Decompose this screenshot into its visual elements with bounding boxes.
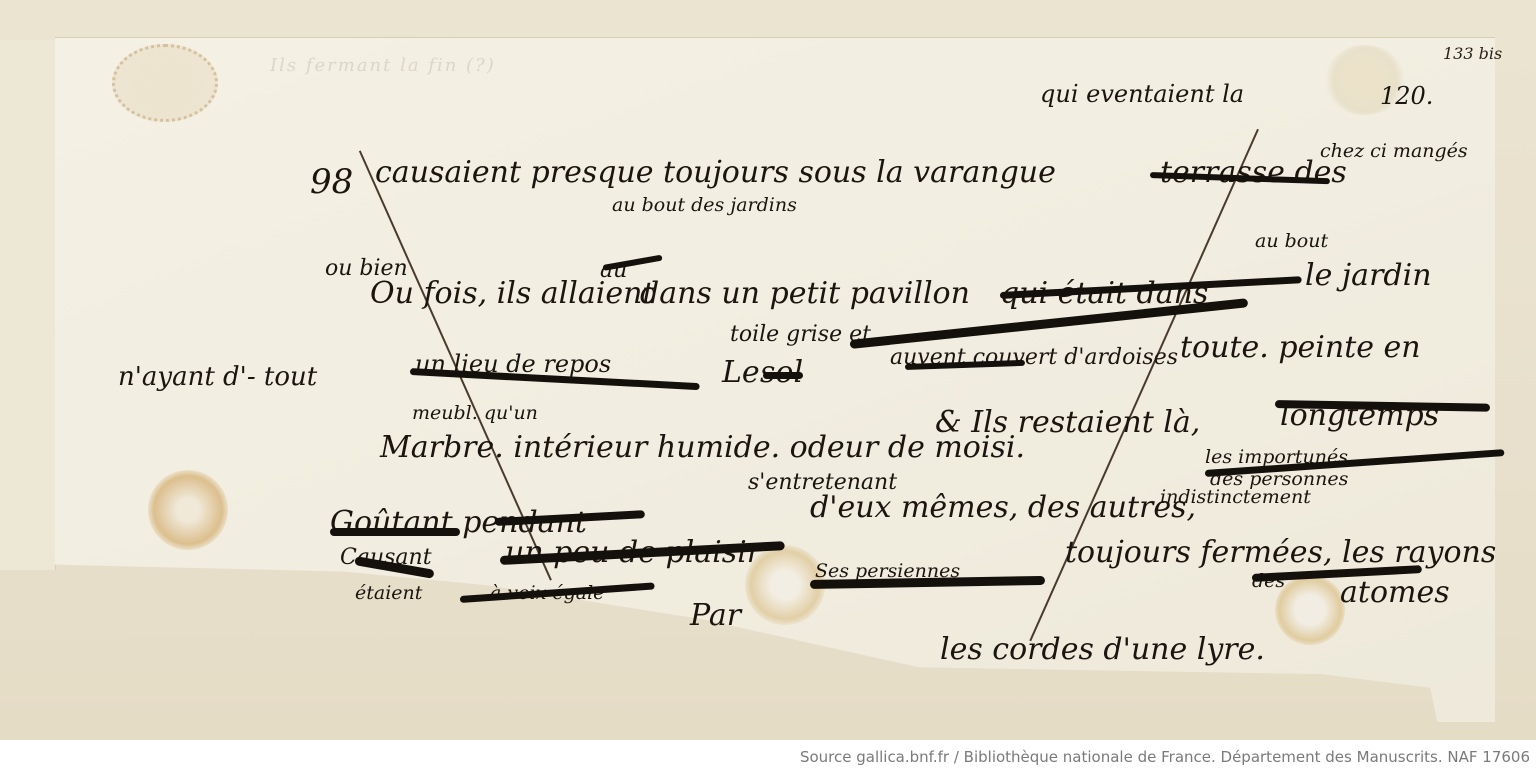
manuscript-line: causaient presque toujours sous la varan… <box>375 155 1056 190</box>
interlinear-text: qui eventaient la <box>1040 80 1244 108</box>
manuscript-line: Par <box>690 598 741 633</box>
manuscript-line: le jardin <box>1305 258 1432 293</box>
manuscript-viewer: Ils fermant la fin (?) 133 bis qui event… <box>0 0 1536 740</box>
manuscript-line: Le <box>722 355 760 390</box>
stain-mark <box>1275 575 1345 645</box>
source-caption-bar: Source gallica.bnf.fr / Bibliothèque nat… <box>0 740 1536 775</box>
manuscript-line: les cordes d'une lyre. <box>940 632 1265 667</box>
folio-number: 133 bis <box>1443 44 1502 63</box>
page-annotation: 120. <box>1380 82 1433 110</box>
paper-strip <box>0 40 56 570</box>
stain-mark <box>148 470 228 550</box>
bleed-through-text: Ils fermant la fin (?) <box>270 55 496 76</box>
source-caption: Source gallica.bnf.fr / Bibliothèque nat… <box>800 748 1530 766</box>
interlinear-text: meubl. qu'un <box>412 402 538 424</box>
manuscript-line: d'eux mêmes, des autres, <box>810 490 1196 525</box>
manuscript-line: toute. peinte en <box>1180 330 1421 365</box>
margin-number: 98 <box>310 162 353 202</box>
margin-text: étaient <box>355 582 422 604</box>
interlinear-text: indistinctement <box>1160 486 1311 508</box>
manuscript-line: atomes <box>1340 575 1450 610</box>
strike-through <box>330 528 460 536</box>
interlinear-text: chez ci mangés <box>1320 140 1468 162</box>
manuscript-line: toujours fermées, les rayons <box>1065 535 1496 570</box>
strike-through <box>763 372 803 379</box>
interlinear-text: au bout <box>1255 230 1328 252</box>
manuscript-line: & Ils restaient là, <box>935 405 1200 440</box>
margin-text: n'ayant d'- tout <box>118 362 317 392</box>
interlinear-text: au bout des jardins <box>612 194 797 216</box>
manuscript-line: dans un petit pavillon <box>640 276 970 311</box>
stain-mark <box>112 44 218 122</box>
manuscript-line: Marbre. intérieur humide. odeur de moisi… <box>380 430 1025 465</box>
